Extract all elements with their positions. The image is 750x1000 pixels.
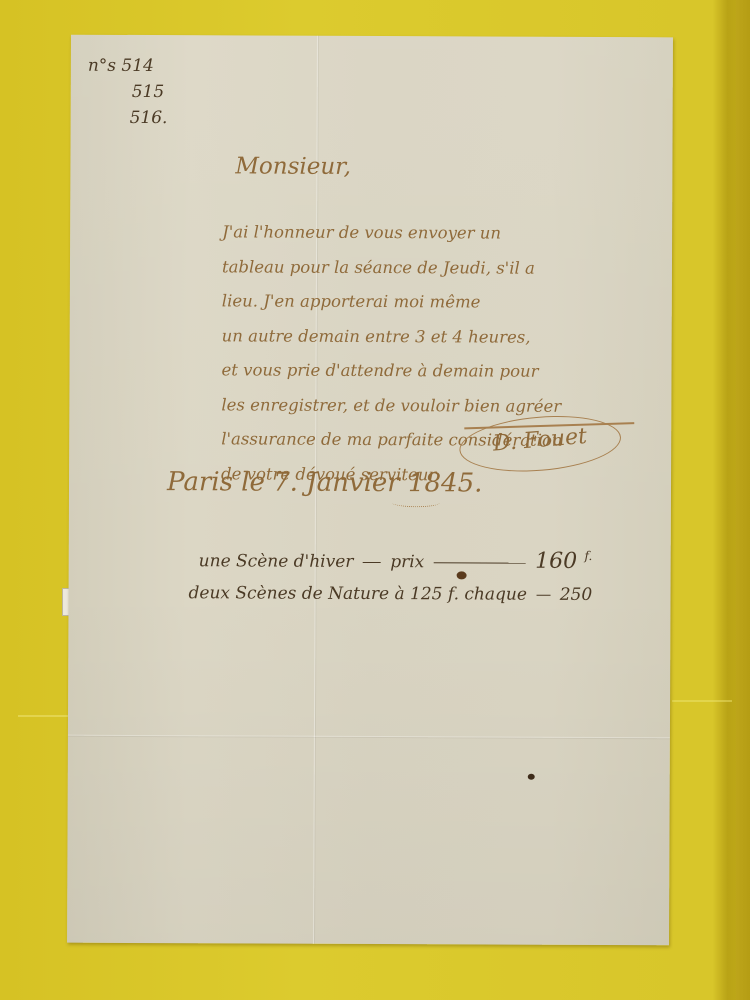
item-price: 160 — [535, 549, 577, 574]
body-line: et vous prie d'attendre à demain pour — [221, 353, 562, 389]
leader-line — [536, 595, 550, 596]
board-crease-left — [18, 715, 68, 717]
item-price: 250 — [560, 585, 593, 605]
item-label: prix — [390, 552, 424, 572]
body-line: un autre demain entre 3 et 4 heures, — [222, 319, 563, 355]
catalog-numbers: n°s 514 515 516. — [88, 53, 168, 131]
letter-paper: n°s 514 515 516. Monsieur, J'ai l'honneu… — [67, 35, 673, 946]
catalog-number-2: 515 — [88, 79, 168, 105]
item-line-1: une Scène d'hiver prix 160 f. — [199, 547, 593, 574]
body-line: les enregistrer, et de vouloir bien agré… — [221, 388, 562, 424]
item-line-2: deux Scènes de Nature à 125 f. chaque 25… — [189, 583, 593, 605]
leader-line — [434, 562, 526, 563]
leader-line — [363, 562, 381, 563]
date-flourish — [392, 498, 440, 507]
item-description: deux Scènes de Nature à 125 f. chaque — [189, 583, 527, 604]
dateline: Paris le 7. Janvier 1845. — [167, 467, 483, 498]
horizontal-fold-line — [68, 735, 670, 739]
body-line: lieu. J'en apporterai moi même — [222, 284, 563, 320]
board-edge-shadow — [736, 0, 750, 1000]
board-crease-right — [672, 700, 732, 702]
body-line: tableau pour la séance de Jeudi, s'il a — [222, 250, 563, 286]
body-line: J'ai l'honneur de vous envoyer un — [222, 215, 563, 251]
ink-blot — [457, 571, 467, 579]
ink-blot — [528, 774, 535, 780]
catalog-number-3: 516. — [88, 105, 168, 131]
salutation: Monsieur, — [235, 153, 351, 180]
item-description: une Scène d'hiver — [199, 551, 354, 572]
item-price-suffix: f. — [585, 549, 593, 563]
catalog-number-1: n°s 514 — [88, 53, 168, 79]
